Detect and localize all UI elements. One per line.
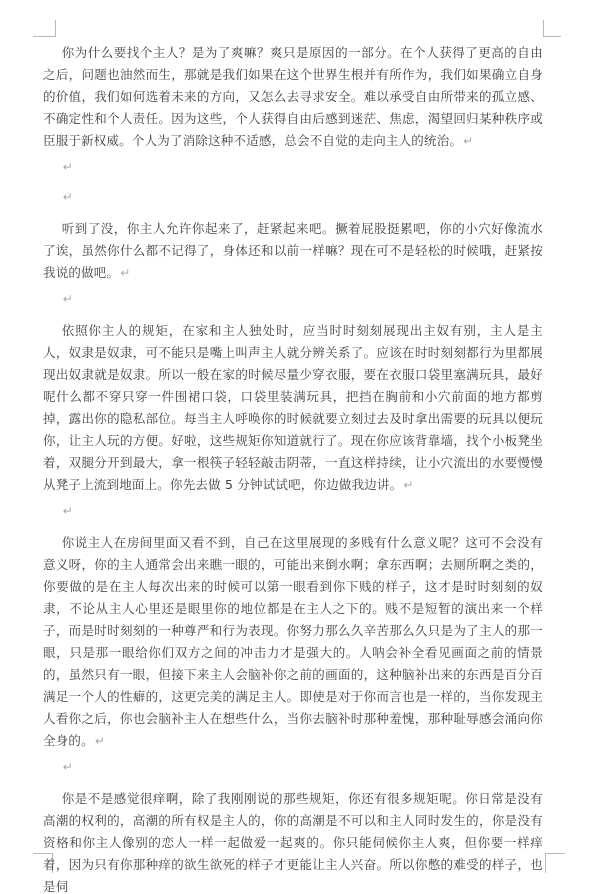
pilcrow-mark-icon: ↵	[402, 478, 413, 492]
pilcrow-mark-icon: ↵	[62, 292, 73, 306]
pilcrow-mark-icon: ↵	[62, 160, 73, 174]
paragraph[interactable]: 你说主人在房间里面又看不到，自己在这里展现的多贱有什么意义呢？这可不会没有意义呀…	[43, 532, 543, 752]
margin-crop-mark-bottom-right	[545, 853, 565, 873]
paragraph-text: 你为什么要找个主人？是为了爽嘛？爽只是原因的一部分。在个人获得了更高的自由之后，…	[43, 45, 543, 148]
empty-paragraph[interactable]: ↵	[43, 152, 543, 182]
empty-paragraph[interactable]: ↵	[43, 284, 543, 314]
paragraph[interactable]: 你是不是感觉很痒啊，除了我刚刚说的那些规矩，你还有很多规矩呢。你日常是没有高潮的…	[43, 788, 543, 894]
paragraph-text: 你是不是感觉很痒啊，除了我刚刚说的那些规矩，你还有很多规矩呢。你日常是没有高潮的…	[43, 791, 543, 894]
pilcrow-mark-icon: ↵	[119, 266, 130, 280]
pilcrow-mark-icon: ↵	[62, 190, 73, 204]
pilcrow-mark-icon: ↵	[94, 734, 105, 748]
word-document-page: 你为什么要找个主人？是为了爽嘛？爽只是原因的一部分。在个人获得了更高的自由之后，…	[0, 0, 593, 894]
margin-crop-mark-top-left	[33, 20, 56, 37]
paragraph[interactable]: 依照你主人的规矩，在家和主人独处时，应当时时刻刻展现出主奴有别，主人是主人，奴隶…	[43, 320, 543, 496]
paragraph-text: 你说主人在房间里面又看不到，自己在这里展现的多贱有什么意义呢？这可不会没有意义呀…	[43, 535, 543, 748]
pilcrow-mark-icon: ↵	[462, 134, 473, 148]
paragraph[interactable]: 你为什么要找个主人？是为了爽嘛？爽只是原因的一部分。在个人获得了更高的自由之后，…	[43, 42, 543, 152]
paragraph[interactable]: 听到了没，你主人允许你起来了，赶紧起来吧。撅着屁股挺累吧，你的小穴好像流水了诶，…	[43, 218, 543, 284]
paragraph-text: 依照你主人的规矩，在家和主人独处时，应当时时刻刻展现出主奴有别，主人是主人，奴隶…	[43, 323, 543, 492]
pilcrow-mark-icon: ↵	[62, 760, 73, 774]
empty-paragraph[interactable]: ↵	[43, 496, 543, 526]
empty-paragraph[interactable]: ↵	[43, 182, 543, 212]
document-text-area[interactable]: 你为什么要找个主人？是为了爽嘛？爽只是原因的一部分。在个人获得了更高的自由之后，…	[43, 42, 543, 894]
paragraph-text: 听到了没，你主人允许你起来了，赶紧起来吧。撅着屁股挺累吧，你的小穴好像流水了诶，…	[43, 221, 543, 280]
margin-crop-mark-top-right	[543, 20, 561, 37]
empty-paragraph[interactable]: ↵	[43, 752, 543, 782]
pilcrow-mark-icon: ↵	[62, 504, 73, 518]
